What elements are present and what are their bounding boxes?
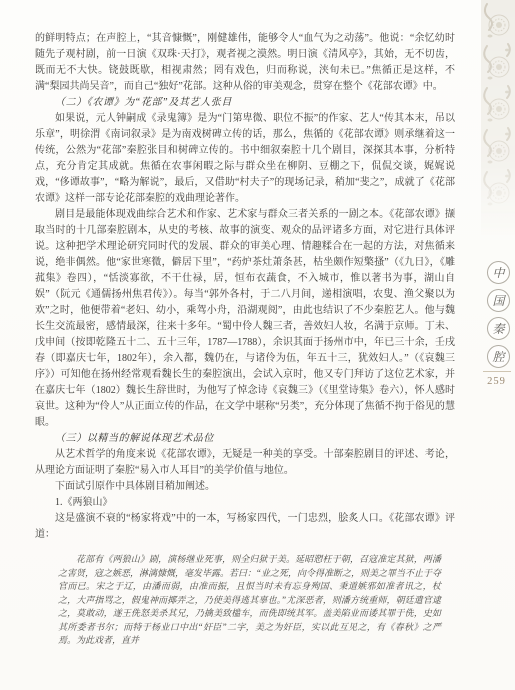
page-number-block: 259: [481, 371, 512, 387]
section-3-paragraph-1: 从艺术哲学的角度来说《花部农谭》，无疑是一种美的享受。十部秦腔剧目的评述、考论，…: [35, 447, 455, 479]
book-title-tab: 中 国 秦 腔: [487, 261, 510, 368]
page-number-rule: [483, 371, 511, 372]
page-number: 259: [481, 376, 512, 387]
title-char-qin: 秦: [487, 317, 510, 340]
floral-border-ornament: [475, 0, 515, 240]
section-3-heading: （三）以精当的解说体现艺术品位: [35, 431, 455, 447]
play-1-number-title: 1.《两狼山》: [35, 495, 455, 511]
title-char-guo: 国: [487, 289, 510, 312]
page-body: 的鲜明特点；在声腔上，“其音慷慨”，刚健雄伟，能够令人“血气为之动荡”。他说：“…: [35, 31, 455, 648]
play-1-quote-block: 花部有《两狼山》剧，演杨继业死事，则全归狱于美。延昭愬枉于朝，召寇准定其狱，两潘…: [58, 553, 441, 648]
paragraph-intro-continued: 的鲜明特点；在声腔上，“其音慷慨”，刚健雄伟，能够令人“血气为之动荡”。他说：“…: [35, 31, 455, 95]
title-char-zhong: 中: [487, 261, 510, 284]
title-char-qiang: 腔: [487, 345, 510, 368]
section-2-paragraph-2: 剧目是最能体现戏曲综合艺术和作家、艺术家与群众三者关系的一剧之本。《花部农谭》撷…: [35, 207, 455, 431]
book-page: 中 国 秦 腔 259 的鲜明特点；在声腔上，“其音慷慨”，刚健雄伟，能够令人“…: [0, 0, 515, 690]
section-3-paragraph-2: 下面试引原作中具体剧目稍加阐述。: [35, 479, 455, 495]
play-1-intro: 这是盛演不衰的“杨家将戏”中的一本，写杨家四代，一门忠烈，脍炙人口。《花部农谭》…: [35, 511, 455, 543]
section-2-heading: （二）《农谭》为“花部”及其艺人张目: [35, 95, 455, 111]
section-2-paragraph-1: 如果说，元人钟嗣成《录鬼簿》是为“门第卑微、职位不振”的作家、艺人“传其本末，吊…: [35, 111, 455, 207]
